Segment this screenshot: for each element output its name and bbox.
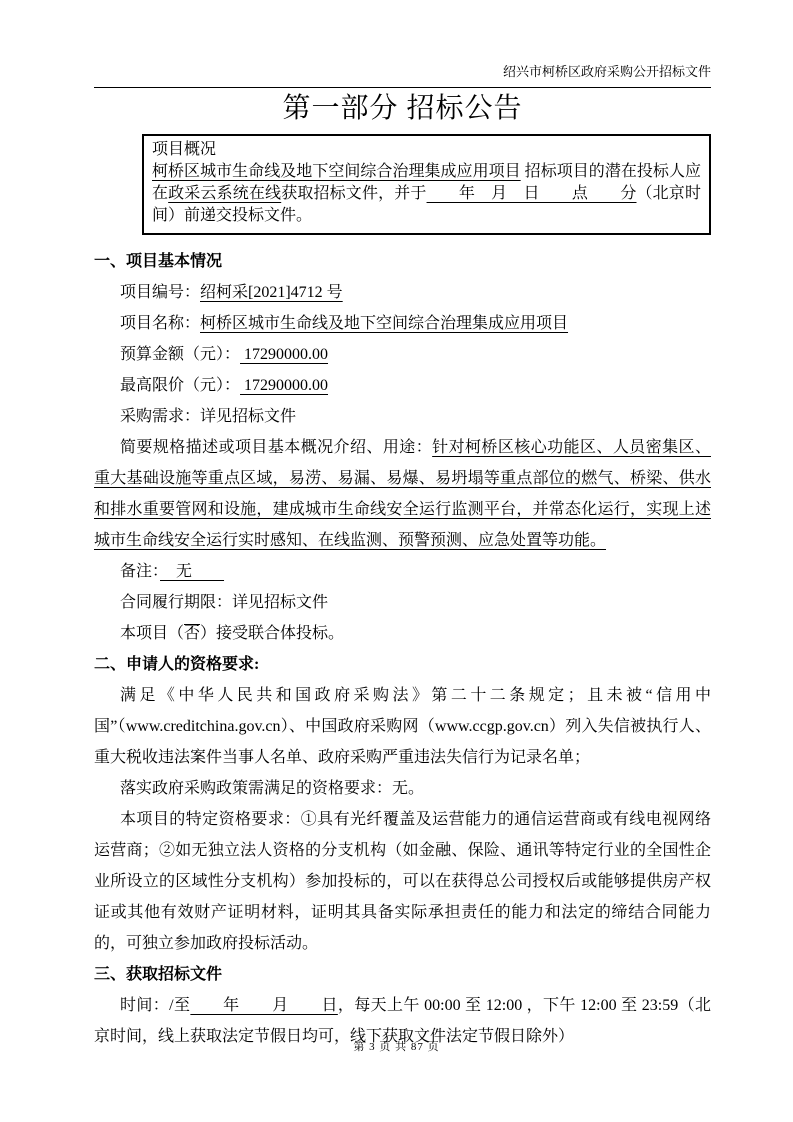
budget-value: 17290000.00	[240, 346, 328, 363]
remark-row: 备注： 无	[94, 556, 711, 587]
qualification-paragraph-3: 本项目的特定资格要求：①具有光纤覆盖及运营能力的通信运营商或有线电视网络运营商；…	[94, 804, 711, 959]
overview-label: 项目概况	[152, 139, 701, 161]
project-overview-box: 项目概况 柯桥区城市生命线及地下空间综合治理集成应用项目 招标项目的潜在投标人应…	[142, 134, 711, 235]
joint-bid-row: 本项目（否）接受联合体投标。	[94, 618, 711, 649]
budget-row: 预算金额（元）： 17290000.00	[94, 339, 711, 370]
contract-term-row: 合同履行期限：详见招标文件	[94, 587, 711, 618]
procurement-demand-row: 采购需求：详见招标文件	[94, 401, 711, 432]
section2-heading: 二、申请人的资格要求:	[94, 649, 711, 680]
project-name-value: 柯桥区城市生命线及地下空间综合治理集成应用项目	[200, 315, 568, 332]
overview-text: 柯桥区城市生命线及地下空间综合治理集成应用项目 招标项目的潜在投标人应在政采云系…	[152, 161, 701, 227]
section1-heading: 一、项目基本情况	[94, 246, 711, 277]
price-cap-row: 最高限价（元）： 17290000.00	[94, 370, 711, 401]
document-page: 绍兴市柯桥区政府采购公开招标文件 第一部分 招标公告 项目概况 柯桥区城市生命线…	[0, 0, 793, 1122]
procurement-demand-value: 详见招标文件	[200, 408, 296, 425]
project-number-value: 绍柯采[2021]4712 号	[200, 284, 343, 301]
header-text: 绍兴市柯桥区政府采购公开招标文件	[503, 64, 711, 79]
platform-name-underlined: 政采云系统在线	[168, 185, 281, 202]
deadline-blank-underlined: 年 月 日 点 分	[427, 185, 637, 202]
spec-description-row: 简要规格描述或项目基本概况介绍、用途：针对柯桥区核心功能区、人员密集区、重大基础…	[94, 432, 711, 556]
joint-bid-no-mark: 否	[184, 625, 200, 642]
price-cap-value: 17290000.00	[240, 377, 328, 394]
project-name-row: 项目名称：柯桥区城市生命线及地下空间综合治理集成应用项目	[94, 308, 711, 339]
qualification-paragraph-2: 落实政府采购政策需满足的资格要求：无。	[94, 773, 711, 804]
section3-heading: 三、获取招标文件	[94, 959, 711, 990]
qualification-paragraph-1: 满足《中华人民共和国政府采购法》第二十二条规定；且未被“信用中国”（www.cr…	[94, 680, 711, 773]
project-number-row: 项目编号：绍柯采[2021]4712 号	[94, 277, 711, 308]
page-header: 绍兴市柯桥区政府采购公开招标文件	[94, 64, 711, 88]
project-name-underlined: 柯桥区城市生命线及地下空间综合治理集成应用项目	[152, 163, 521, 180]
remark-value: 无	[160, 563, 224, 580]
obtain-date-blank-underlined: 年 月 日	[190, 997, 337, 1014]
page-number: 第 3 页 共 87 页	[0, 1038, 793, 1054]
document-title: 第一部分 招标公告	[94, 92, 711, 126]
contract-term-value: 详见招标文件	[232, 594, 328, 611]
